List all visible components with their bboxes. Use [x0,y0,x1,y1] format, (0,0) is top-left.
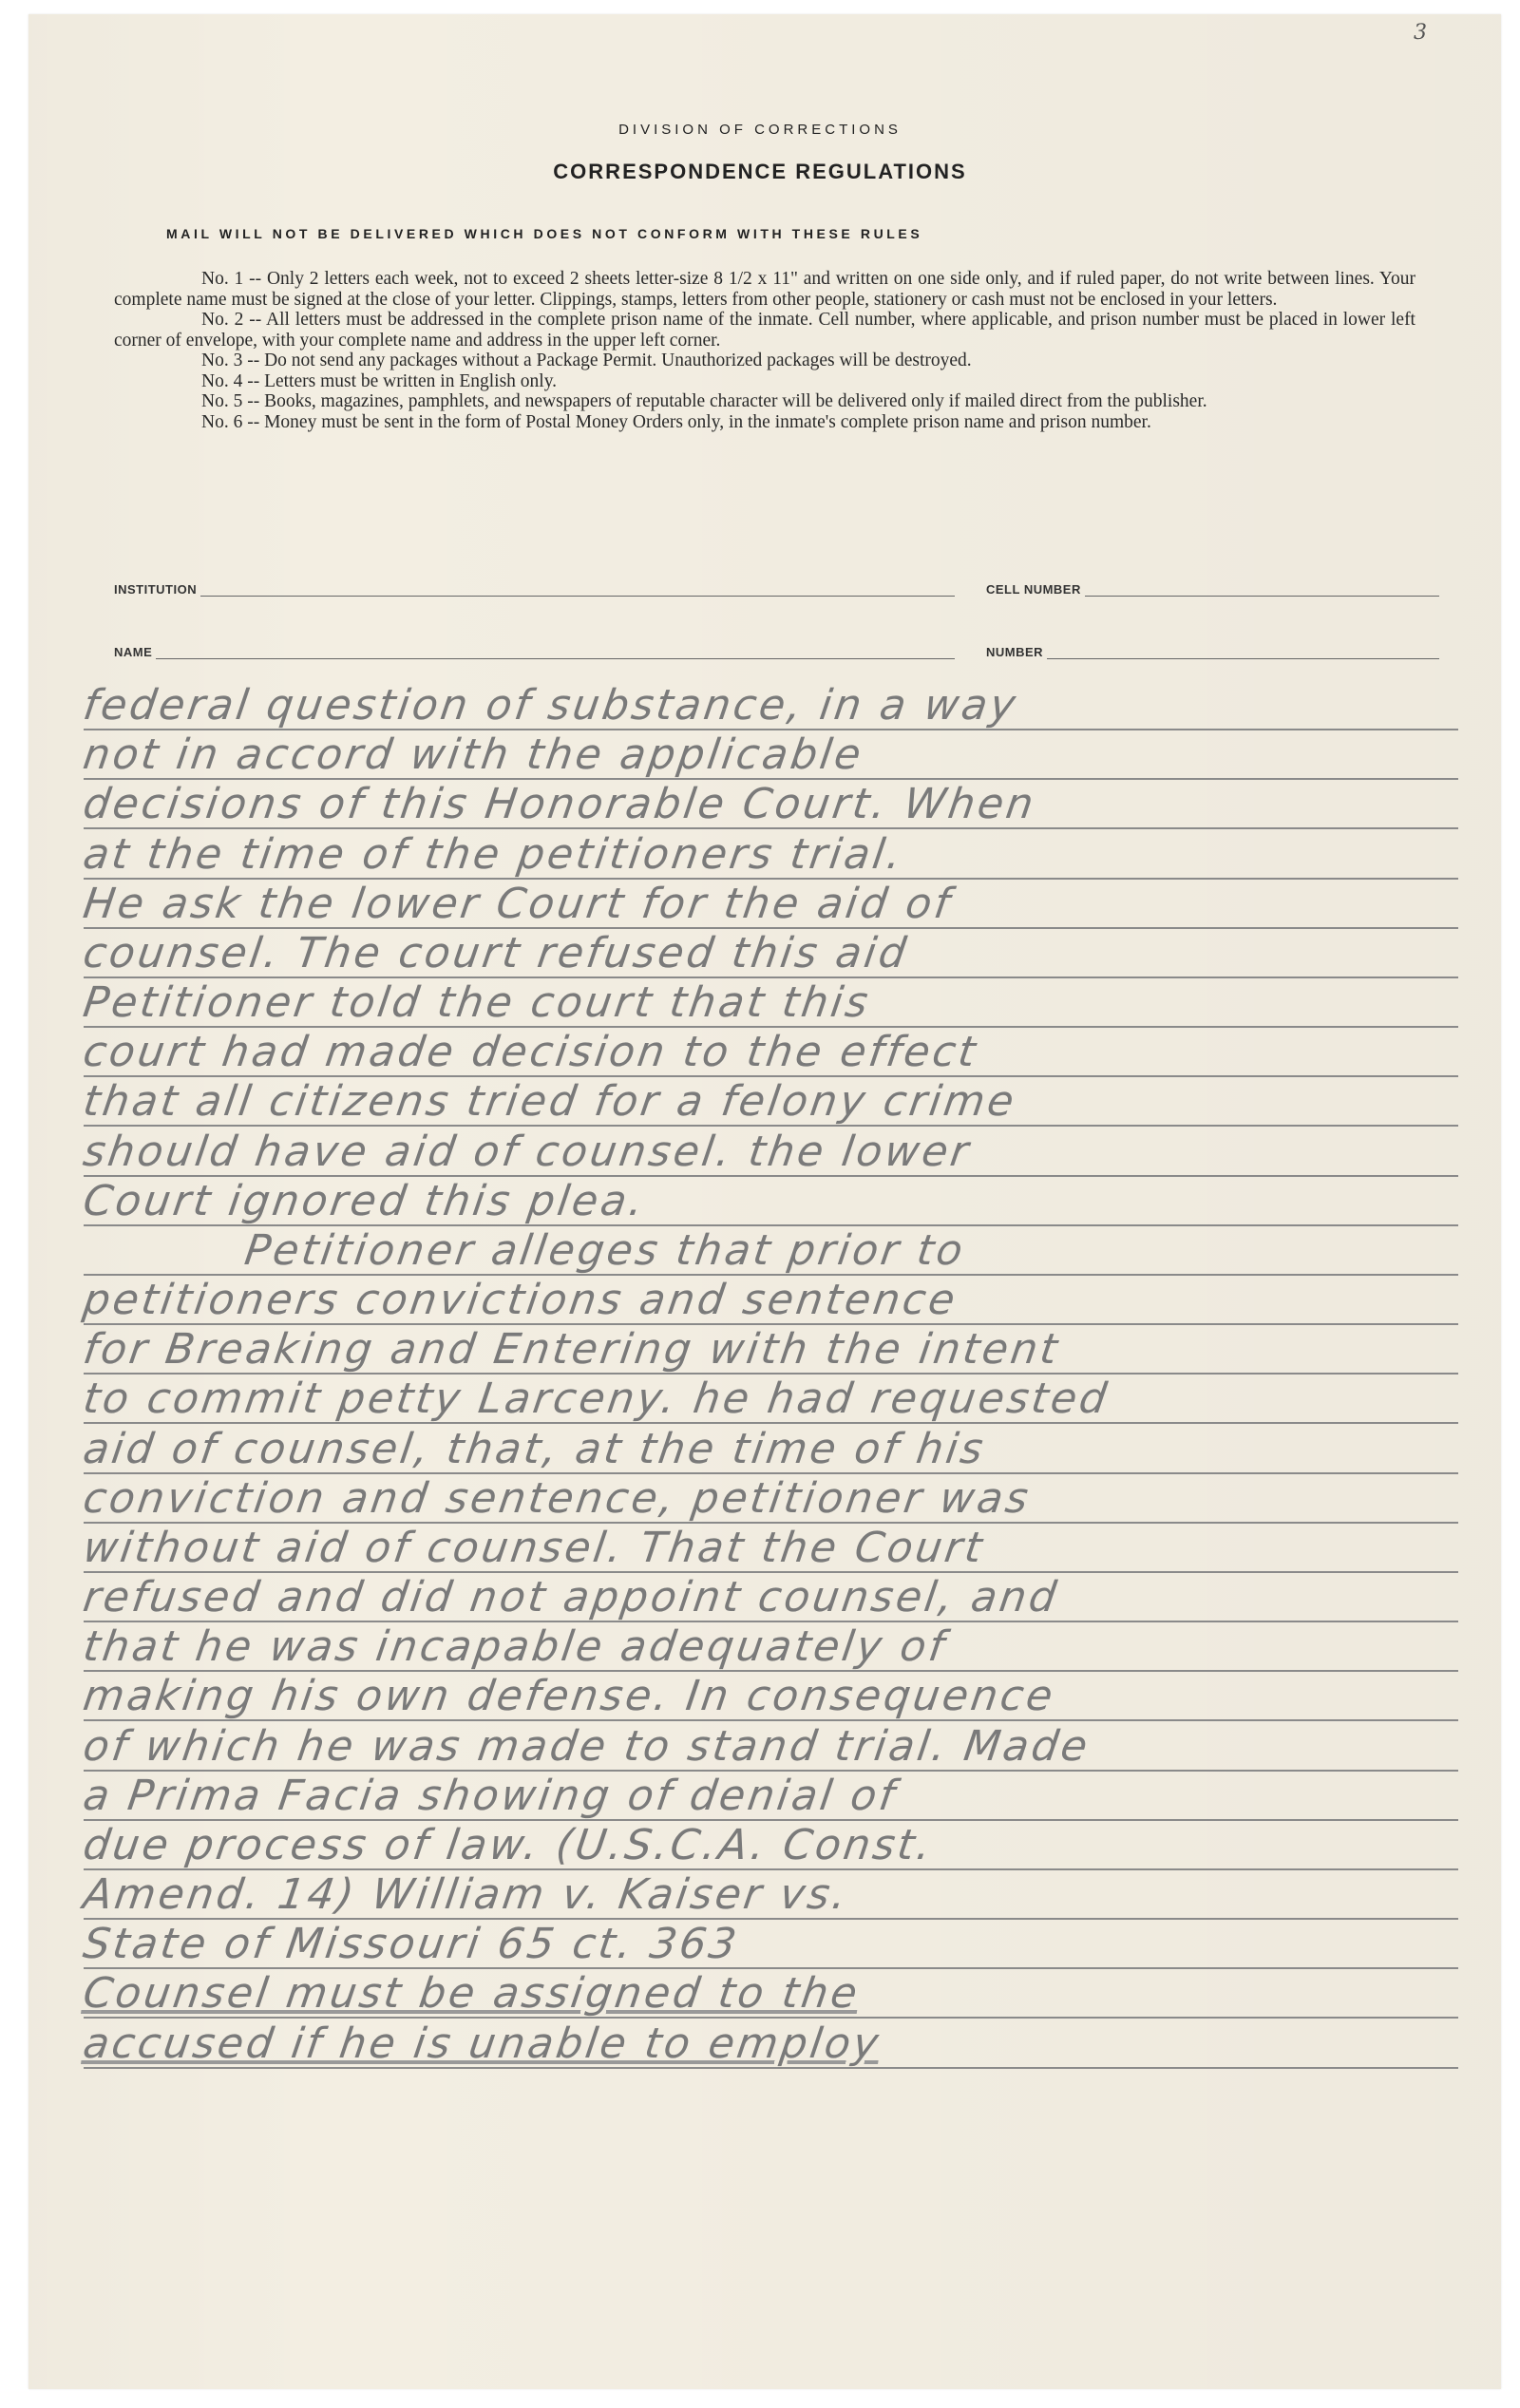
handwritten-line: conviction and sentence, petitioner was [80,1474,1464,1523]
number-label: NUMBER [986,645,1043,659]
handwritten-line: at the time of the petitioners trial. [80,830,1464,879]
name-label: NAME [114,645,152,659]
handwritten-line: decisions of this Honorable Court. When [80,780,1464,828]
regulations-list: No. 1 -- Only 2 letters each week, not t… [114,269,1415,432]
page-number: 3 [1414,21,1427,45]
handwritten-line-underlined: Counsel must be assigned to the [80,1969,1464,2018]
institution-input-line[interactable] [200,580,955,597]
institution-row: INSTITUTION CELL NUMBER [114,574,1439,597]
handwritten-line: for Breaking and Entering with the inten… [80,1325,1464,1374]
handwritten-line: of which he was made to stand trial. Mad… [80,1722,1464,1771]
handwritten-line: a Prima Facia showing of denial of [80,1772,1464,1820]
handwritten-line: federal question of substance, in a way [80,681,1464,730]
cell-number-field[interactable]: CELL NUMBER [986,574,1439,597]
handwritten-line: Petitioner alleges that prior to [80,1226,1520,1275]
institution-field[interactable]: INSTITUTION [114,574,955,597]
name-row: NAME NUMBER [114,636,1439,659]
cell-number-label: CELL NUMBER [986,582,1081,597]
number-input-line[interactable] [1047,643,1439,659]
form-title: CORRESPONDENCE REGULATIONS [0,160,1520,184]
handwritten-line: making his own defense. In consequence [80,1672,1464,1720]
handwritten-line: Amend. 14) William v. Kaiser vs. [80,1870,1464,1919]
handwritten-line: due process of law. (U.S.C.A. Const. [80,1821,1464,1869]
handwritten-line: Court ignored this plea. [80,1177,1464,1225]
handwritten-line: refused and did not appoint counsel, and [80,1573,1464,1621]
handwritten-line: not in accord with the applicable [80,730,1464,779]
regulation-1: No. 1 -- Only 2 letters each week, not t… [114,269,1415,310]
handwritten-line: State of Missouri 65 ct. 363 [80,1920,1464,1968]
handwritten-line-underlined: accused if he is unable to employ [80,2019,1464,2068]
regulation-5: No. 5 -- Books, magazines, pamphlets, an… [114,391,1415,412]
handwritten-line: that he was incapable adequately of [80,1622,1464,1671]
handwritten-line: should have aid of counsel. the lower [80,1128,1464,1176]
handwritten-line: to commit petty Larceny. he had requeste… [80,1375,1464,1423]
handwritten-line: without aid of counsel. That the Court [80,1524,1464,1572]
name-input-line[interactable] [156,643,955,659]
regulation-6: No. 6 -- Money must be sent in the form … [114,412,1415,433]
handwritten-line: that all citizens tried for a felony cri… [80,1077,1464,1126]
delivery-warning: MAIL WILL NOT BE DELIVERED WHICH DOES NO… [166,226,1335,241]
handwritten-line: counsel. The court refused this aid [80,929,1464,977]
handwritten-line: He ask the lower Court for the aid of [80,880,1464,928]
regulation-3: No. 3 -- Do not send any packages withou… [114,351,1415,371]
regulation-2: No. 2 -- All letters must be addressed i… [114,310,1415,351]
regulation-4: No. 4 -- Letters must be written in Engl… [114,371,1415,392]
handwritten-line: Petitioner told the court that this [80,978,1464,1027]
cell-number-input-line[interactable] [1085,580,1439,597]
handwritten-line: petitioners convictions and sentence [80,1276,1464,1324]
division-heading: DIVISION OF CORRECTIONS [0,122,1520,138]
number-field[interactable]: NUMBER [986,636,1439,659]
handwritten-line: court had made decision to the effect [80,1028,1464,1076]
institution-label: INSTITUTION [114,582,197,597]
handwritten-line: aid of counsel, that, at the time of his [80,1425,1464,1473]
name-field[interactable]: NAME [114,636,955,659]
